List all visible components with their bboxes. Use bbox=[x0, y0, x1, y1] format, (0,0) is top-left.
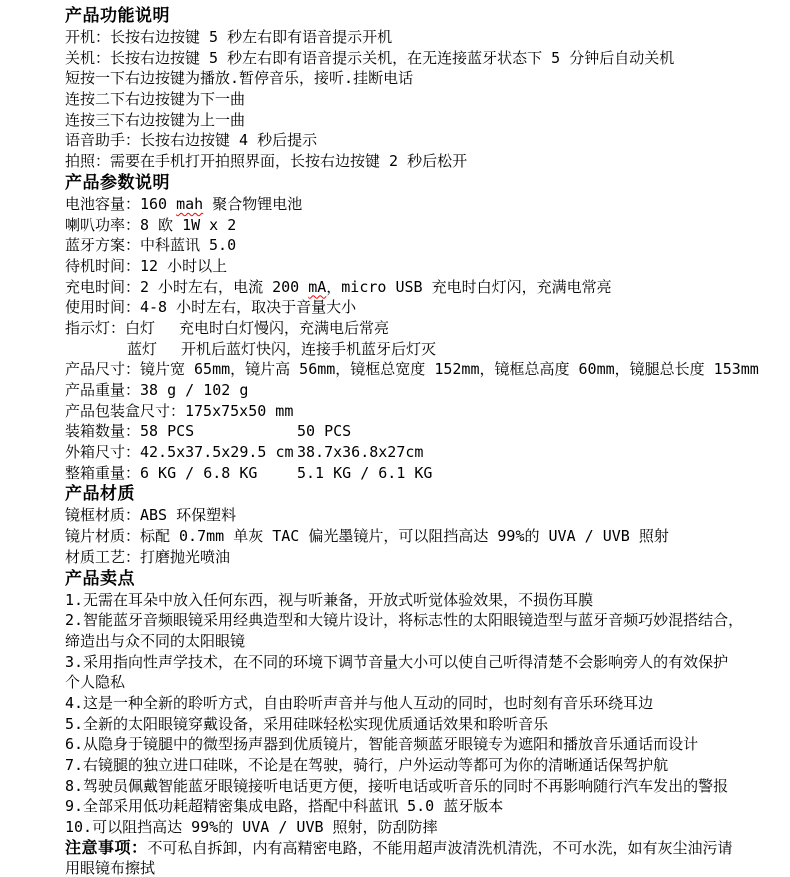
doc-line: 电池容量：160 mah 聚合物锂电池 bbox=[65, 194, 772, 215]
doc-column: 外箱尺寸：42.5x37.5x29.5 cm bbox=[65, 442, 297, 463]
doc-line: 短按一下右边按键为播放.暂停音乐，接听.挂断电话 bbox=[65, 68, 772, 89]
text-run: 喇叭功率：8 欧 1W x 2 bbox=[65, 216, 236, 234]
doc-line: 开机：长按右边按键 5 秒左右即有语音提示开机 bbox=[65, 27, 772, 48]
text-run: 4.这是一种全新的聆听方式，自由聆听声音并与他人互动的同时，也时刻有音乐环绕耳边 bbox=[65, 694, 653, 712]
text-run: 9.全部采用低功耗超精密集成电路，搭配中科蓝讯 5.0 蓝牙版本 bbox=[65, 797, 503, 815]
doc-line: 镜框材质：ABS 环保塑料 bbox=[65, 505, 772, 526]
text-run: 待机时间：12 小时以上 bbox=[65, 257, 227, 275]
text-run: 镜片材质：标配 0.7mm 单灰 TAC 偏光墨镜片，可以阻挡高达 99%的 U… bbox=[65, 527, 669, 545]
doc-line: 5.全新的太阳眼镜穿戴设备，采用硅咪轻松实现优质通话效果和聆听音乐 bbox=[65, 714, 772, 735]
text-run: 缔造出与众不同的太阳眼镜 bbox=[65, 632, 245, 650]
text-run: ，micro USB 充电时白灯闪，充满电常亮 bbox=[326, 278, 611, 296]
doc-line: 7.右镜腿的独立进口硅咪，不论是在驾驶，骑行，户外运动等都可为你的清晰通话保驾护… bbox=[65, 755, 772, 776]
doc-line: 指示灯：白灯 充电时白灯慢闪，充满电后常亮 bbox=[65, 318, 772, 339]
section-heading-product-materials: 产品材质 bbox=[65, 483, 772, 505]
doc-line: 镜片材质：标配 0.7mm 单灰 TAC 偏光墨镜片，可以阻挡高达 99%的 U… bbox=[65, 526, 772, 547]
text-run: 用眼镜布擦拭 bbox=[65, 859, 155, 877]
text-run: 6.从隐身于镜腿中的微型扬声器到优质镜片，智能音频蓝牙眼镜专为遮阳和播放音乐通话… bbox=[65, 735, 698, 753]
text-run: 3.采用指向性声学技术，在不同的环境下调节音量大小可以使自己听得清楚不会影响旁人… bbox=[65, 653, 728, 671]
doc-line: 1.无需在耳朵中放入任何东西，视与听兼备，开放式听觉体验效果，不损伤耳膜 bbox=[65, 590, 772, 611]
doc-column: 38.7x36.8x27cm bbox=[297, 443, 423, 461]
doc-line: 9.全部采用低功耗超精密集成电路，搭配中科蓝讯 5.0 蓝牙版本 bbox=[65, 796, 772, 817]
doc-line: 关机：长按右边按键 5 秒左右即有语音提示关机，在无连接蓝牙状态下 5 分钟后自… bbox=[65, 48, 772, 69]
spellcheck-underlined-text: mah bbox=[176, 195, 203, 213]
text-run: 不可私自拆卸，内有高精密电路，不能用超声波清洗机清洗，不可水洗，如有灰尘油污请 bbox=[148, 839, 733, 857]
text-run: 电池容量：160 bbox=[65, 195, 176, 213]
doc-line: 装箱数量：58 PCS50 PCS bbox=[65, 421, 772, 442]
doc-line: 个人隐私 bbox=[65, 672, 772, 693]
text-run: 材质工艺：打磨抛光喷油 bbox=[65, 548, 230, 566]
text-run: 产品尺寸：镜片宽 65mm，镜片高 56mm，镜框总宽度 152mm，镜框总高度… bbox=[65, 360, 759, 378]
text-run: 镜框材质：ABS 环保塑料 bbox=[65, 506, 236, 524]
doc-line: 3.采用指向性声学技术，在不同的环境下调节音量大小可以使自己听得清楚不会影响旁人… bbox=[65, 652, 772, 673]
doc-line: 缔造出与众不同的太阳眼镜 bbox=[65, 631, 772, 652]
text-run: 蓝牙方案：中科蓝讯 5.0 bbox=[65, 236, 236, 254]
text-run: 充电时间：2 小时左右，电流 200 bbox=[65, 278, 308, 296]
text-run: 个人隐私 bbox=[65, 673, 125, 691]
text-run: 使用时间：4-8 小时左右，取决于音量大小 bbox=[65, 298, 356, 316]
doc-line: 连按三下右边按键为上一曲 bbox=[65, 110, 772, 131]
doc-line: 语音助手：长按右边按键 4 秒后提示 bbox=[65, 130, 772, 151]
text-run: 开机：长按右边按键 5 秒左右即有语音提示开机 bbox=[65, 28, 392, 46]
doc-line: 整箱重量：6 KG / 6.8 KG5.1 KG / 6.1 KG bbox=[65, 463, 772, 484]
doc-line: 8.驾驶员佩戴智能蓝牙眼镜接听电话更方便，接听电话或听音乐的同时不再影响随行汽车… bbox=[65, 776, 772, 797]
text-run: 10.可以阻挡高达 99%的 UVA / UVB 照射，防刮防摔 bbox=[65, 818, 438, 836]
doc-line: 材质工艺：打磨抛光喷油 bbox=[65, 547, 772, 568]
document: 产品功能说明开机：长按右边按键 5 秒左右即有语音提示开机关机：长按右边按键 5… bbox=[0, 0, 790, 877]
doc-line: 连按二下右边按键为下一曲 bbox=[65, 89, 772, 110]
text-run: 拍照：需要在手机打开拍照界面，长按右边按键 2 秒后松开 bbox=[65, 152, 467, 170]
doc-column: 装箱数量：58 PCS bbox=[65, 421, 297, 442]
doc-line: 充电时间：2 小时左右，电流 200 mA，micro USB 充电时白灯闪，充… bbox=[65, 277, 772, 298]
section-heading-product-parameters: 产品参数说明 bbox=[65, 172, 772, 194]
doc-column: 5.1 KG / 6.1 KG bbox=[297, 464, 432, 482]
text-run: 关机：长按右边按键 5 秒左右即有语音提示关机，在无连接蓝牙状态下 5 分钟后自… bbox=[65, 49, 674, 67]
doc-line: 产品包装盒尺寸：175x75x50 mm bbox=[65, 401, 772, 422]
section-heading-product-functions: 产品功能说明 bbox=[65, 5, 772, 27]
text-run: 产品重量：38 g / 102 g bbox=[65, 381, 248, 399]
doc-line: 拍照：需要在手机打开拍照界面，长按右边按键 2 秒后松开 bbox=[65, 151, 772, 172]
text-run: 8.驾驶员佩戴智能蓝牙眼镜接听电话更方便，接听电话或听音乐的同时不再影响随行汽车… bbox=[65, 777, 728, 795]
section-heading-product-selling-points: 产品卖点 bbox=[65, 568, 772, 590]
doc-line: 6.从隐身于镜腿中的微型扬声器到优质镜片，智能音频蓝牙眼镜专为遮阳和播放音乐通话… bbox=[65, 734, 772, 755]
doc-line: 待机时间：12 小时以上 bbox=[65, 256, 772, 277]
spellcheck-underlined-text: mA bbox=[308, 278, 326, 296]
text-run: 蓝灯 开机后蓝灯快闪，连接手机蓝牙后灯灭 bbox=[127, 340, 436, 358]
doc-line: 蓝灯 开机后蓝灯快闪，连接手机蓝牙后灯灭 bbox=[65, 339, 772, 360]
text-run: 产品包装盒尺寸：175x75x50 mm bbox=[65, 402, 293, 420]
doc-line: 4.这是一种全新的聆听方式，自由聆听声音并与他人互动的同时，也时刻有音乐环绕耳边 bbox=[65, 693, 772, 714]
doc-line: 10.可以阻挡高达 99%的 UVA / UVB 照射，防刮防摔 bbox=[65, 817, 772, 838]
text-run: 连按三下右边按键为上一曲 bbox=[65, 111, 245, 129]
text-run: 注意事项： bbox=[65, 838, 148, 857]
doc-line: 产品重量：38 g / 102 g bbox=[65, 380, 772, 401]
text-run: 2.智能蓝牙音频眼镜采用经典造型和大镜片设计，将标志性的太阳眼镜造型与蓝牙音频巧… bbox=[65, 611, 743, 629]
text-run: 连按二下右边按键为下一曲 bbox=[65, 90, 245, 108]
doc-column: 50 PCS bbox=[297, 422, 351, 440]
text-run: 7.右镜腿的独立进口硅咪，不论是在驾驶，骑行，户外运动等都可为你的清晰通话保驾护… bbox=[65, 756, 668, 774]
doc-line: 用眼镜布擦拭 bbox=[65, 858, 772, 877]
doc-line: 使用时间：4-8 小时左右，取决于音量大小 bbox=[65, 297, 772, 318]
doc-line: 2.智能蓝牙音频眼镜采用经典造型和大镜片设计，将标志性的太阳眼镜造型与蓝牙音频巧… bbox=[65, 610, 772, 631]
doc-line: 蓝牙方案：中科蓝讯 5.0 bbox=[65, 235, 772, 256]
text-run: 聚合物锂电池 bbox=[203, 195, 302, 213]
doc-line: 产品尺寸：镜片宽 65mm，镜片高 56mm，镜框总宽度 152mm，镜框总高度… bbox=[65, 359, 772, 380]
text-run: 1.无需在耳朵中放入任何东西，视与听兼备，开放式听觉体验效果，不损伤耳膜 bbox=[65, 591, 593, 609]
doc-line: 外箱尺寸：42.5x37.5x29.5 cm38.7x36.8x27cm bbox=[65, 442, 772, 463]
text-run: 短按一下右边按键为播放.暂停音乐，接听.挂断电话 bbox=[65, 69, 413, 87]
text-run: 语音助手：长按右边按键 4 秒后提示 bbox=[65, 131, 317, 149]
doc-line: 喇叭功率：8 欧 1W x 2 bbox=[65, 215, 772, 236]
doc-column: 整箱重量：6 KG / 6.8 KG bbox=[65, 463, 297, 484]
text-run: 5.全新的太阳眼镜穿戴设备，采用硅咪轻松实现优质通话效果和聆听音乐 bbox=[65, 715, 548, 733]
doc-line: 注意事项：不可私自拆卸，内有高精密电路，不能用超声波清洗机清洗，不可水洗，如有灰… bbox=[65, 838, 772, 859]
text-run: 指示灯：白灯 充电时白灯慢闪，充满电后常亮 bbox=[65, 319, 389, 337]
